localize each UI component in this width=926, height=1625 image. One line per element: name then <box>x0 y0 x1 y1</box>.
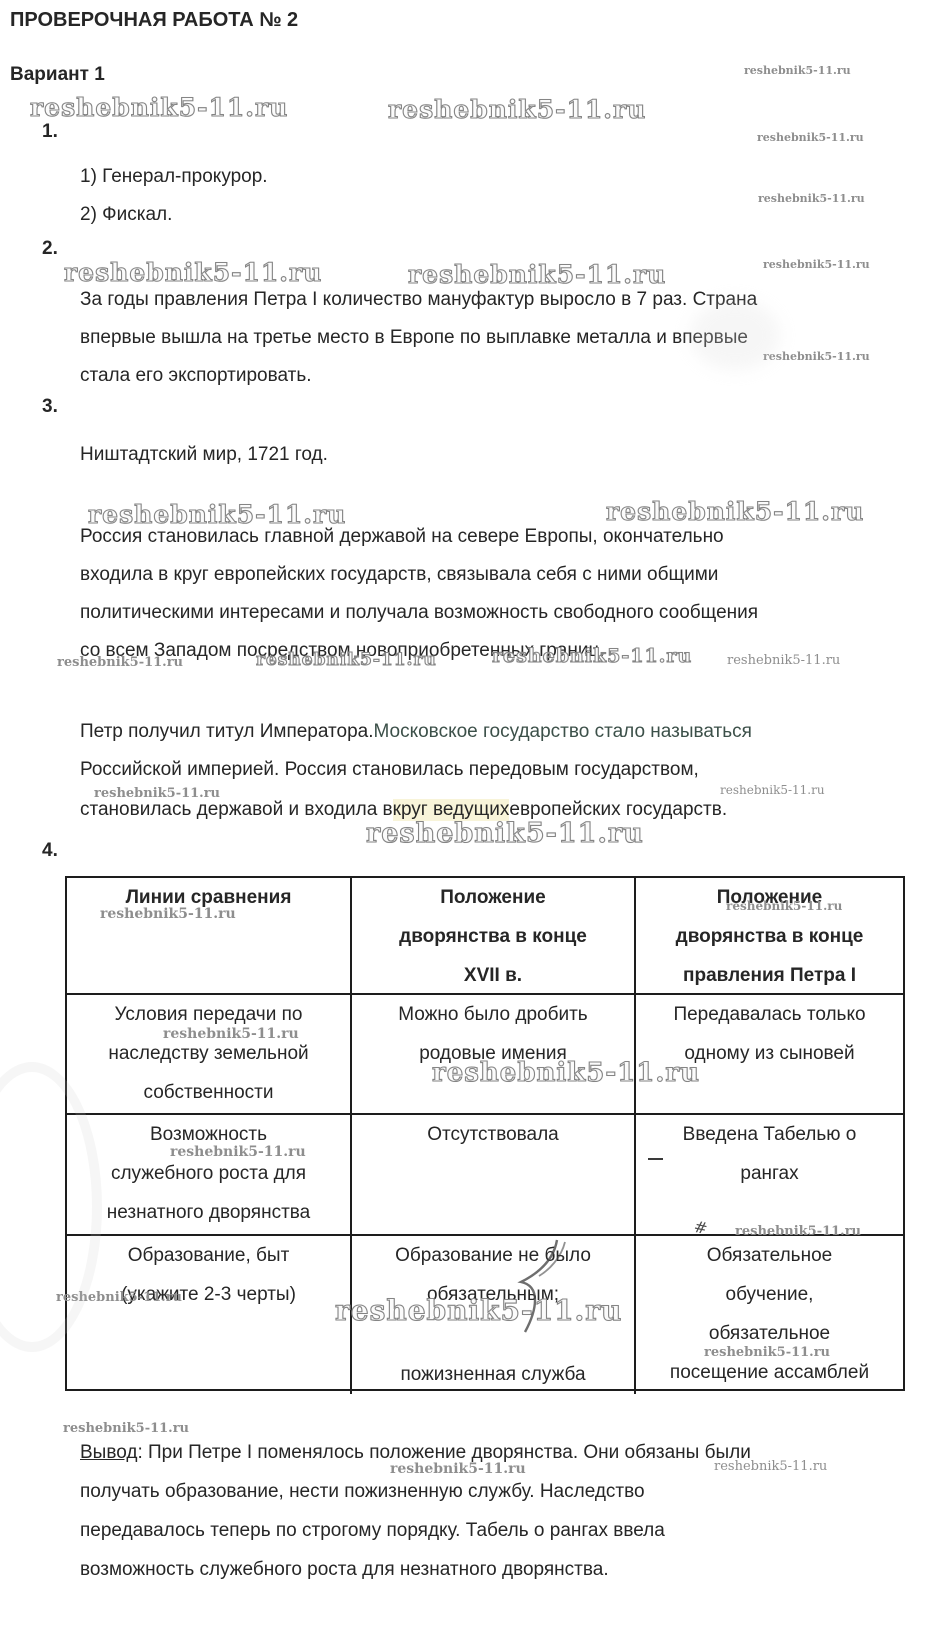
table-cell: Введена Табелью о рангах <box>636 1115 903 1236</box>
question-3-paragraph-2-line-2: Российской империей. Россия становилась … <box>80 751 699 789</box>
table-cell: Отсутствовала <box>352 1115 636 1236</box>
conclusion-line: получать образование, нести пожизненную … <box>80 1472 751 1511</box>
question-3-paragraph-2-line-3: становилась державой и входила в круг ве… <box>80 791 727 829</box>
page-title: ПРОВЕРОЧНАЯ РАБОТА № 2 <box>10 9 298 32</box>
conclusion-label: Вывод <box>80 1442 137 1464</box>
answer-line: 2) Фискал. <box>80 196 268 234</box>
answer-text-tinted: Московское государство стало называться <box>373 721 751 743</box>
answer-text: Петр получил титул Императора. <box>80 721 373 743</box>
answer-line: политическими интересами и получала возм… <box>80 594 758 632</box>
table-cell: Обязательное обучение, обязательное посе… <box>636 1236 903 1394</box>
watermark: reshebnik5-11.ru <box>744 64 851 77</box>
table-cell: Образование не было обязательным; пожизн… <box>352 1236 636 1394</box>
question-1-number: 1. <box>42 121 58 143</box>
pen-underline-artifact <box>648 1158 663 1160</box>
table-header-cell: Положение дворянства в конце XVII в. <box>352 878 636 995</box>
answer-text: европейских государств. <box>509 799 727 821</box>
watermark: reshebnik5-11.ru <box>763 258 870 271</box>
worksheet-page: ПРОВЕРОЧНАЯ РАБОТА № 2 Вариант 1 1. 2. 3… <box>0 0 926 1625</box>
watermark: reshebnik5-11.ru <box>763 350 870 363</box>
variant-label: Вариант 1 <box>10 64 105 86</box>
watermark: reshebnik5-11.ru <box>758 192 865 205</box>
conclusion-paragraph: Вывод : При Петре I поменялось положение… <box>80 1433 751 1589</box>
question-2-number: 2. <box>42 238 58 260</box>
question-3-paragraph-1: Россия становилась главной державой на с… <box>80 518 758 670</box>
question-1-answer: 1) Генерал-прокурор. 2) Фискал. <box>80 158 268 234</box>
question-4-number: 4. <box>42 840 58 862</box>
answer-line: За годы правления Петра I количество ман… <box>80 281 757 319</box>
watermark: reshebnik5-11.ru <box>720 783 825 797</box>
answer-text-highlighted: круг ведущих <box>393 799 510 821</box>
watermark: reshebnik5-11.ru <box>388 95 646 124</box>
pen-squiggle-artifact <box>495 1236 585 1346</box>
answer-line: 1) Генерал-прокурор. <box>80 158 268 196</box>
table-cell: Можно было дробить родовые имения <box>352 995 636 1115</box>
table-header-cell: Линии сравнения <box>67 878 352 995</box>
answer-line: Российской империей. Россия становилась … <box>80 751 699 789</box>
watermark: reshebnik5-11.ru <box>757 131 864 144</box>
table-cell: Передавалась только одному из сыновей <box>636 995 903 1115</box>
question-3-answer-title: Ништадтский мир, 1721 год. <box>80 436 328 474</box>
conclusion-text: : При Петре I поменялось положение дворя… <box>137 1442 750 1464</box>
question-3-paragraph-2-line-1: Петр получил титул Императора. Московско… <box>80 713 752 751</box>
answer-line: Россия становилась главной державой на с… <box>80 518 758 556</box>
table-header-cell: Положение дворянства в конце правления П… <box>636 878 903 995</box>
answer-line: стала его экспортировать. <box>80 357 757 395</box>
conclusion-line: возможность служебного роста для незнатн… <box>80 1550 751 1589</box>
scan-smudge <box>690 300 780 370</box>
question-3-number: 3. <box>42 396 58 418</box>
answer-text: становилась державой и входила в <box>80 799 393 821</box>
answer-line: впервые вышла на третье место в Европе п… <box>80 319 757 357</box>
answer-line: входила в круг европейских государств, с… <box>80 556 758 594</box>
question-2-answer: За годы правления Петра I количество ман… <box>80 281 757 395</box>
watermark: reshebnik5-11.ru <box>30 93 288 122</box>
conclusion-line: передавалось теперь по строгому порядку.… <box>80 1511 751 1550</box>
comparison-table: Линии сравнения Положение дворянства в к… <box>65 876 905 1391</box>
table-cell: Возможность служебного роста для незнатн… <box>67 1115 352 1236</box>
table-cell: Образование, быт (укажите 2-3 черты) <box>67 1236 352 1394</box>
answer-line: со всем Западом посредством новоприобрет… <box>80 632 758 670</box>
table-cell: Условия передачи по наследству земельной… <box>67 995 352 1115</box>
